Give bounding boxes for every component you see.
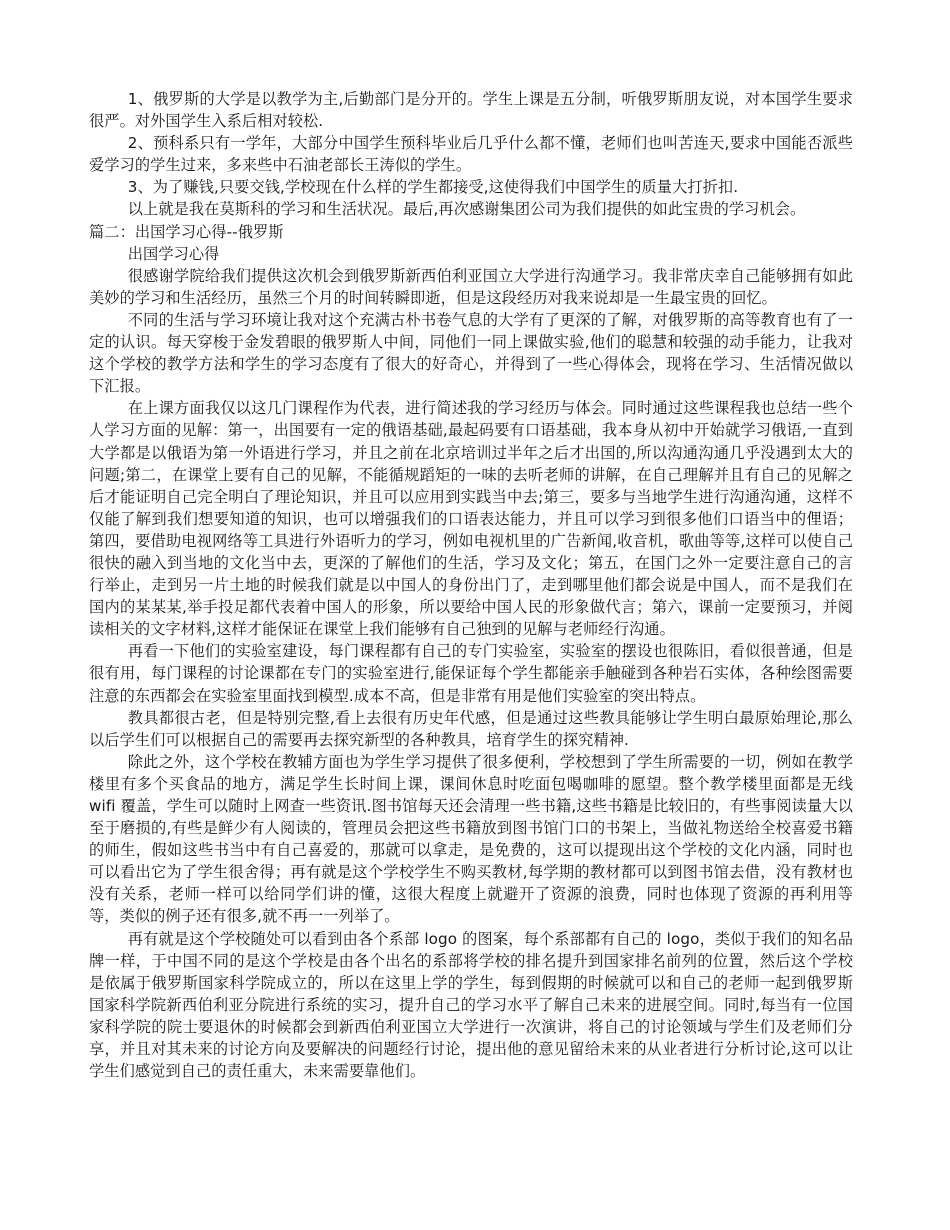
document-page: 1、俄罗斯的大学是以教学为主,后勤部门是分开的。学生上课是五分制，听俄罗斯朋友说…	[89, 88, 853, 1082]
section-subtitle: 出国学习心得	[89, 243, 853, 265]
intro-item-3: 3、为了赚钱,只要交钱,学校现在什么样的学生都接受,这使得我们中国学生的质量大打…	[89, 176, 853, 198]
closing-remark: 以上就是我在莫斯科的学习和生活状况。最后,再次感谢集团公司为我们提供的如此宝贵的…	[89, 198, 853, 220]
paragraph-teaching-aids: 教具都很古老，但是特别完整,看上去很有历史年代感，但是通过这些教具能够让学生明白…	[89, 707, 853, 751]
intro-item-1: 1、俄罗斯的大学是以教学为主,后勤部门是分开的。学生上课是五分制，听俄罗斯朋友说…	[89, 88, 853, 132]
paragraph-gratitude: 很感谢学院给我们提供这次机会到俄罗斯新西伯利亚国立大学进行沟通学习。我非常庆幸自…	[89, 265, 853, 309]
paragraph-departments: 再有就是这个学校随处可以看到由各个系部 logo 的图案，每个系部都有自己的 l…	[89, 928, 853, 1083]
section-heading: 篇二：出国学习心得--俄罗斯	[89, 221, 853, 243]
paragraph-environment: 不同的生活与学习环境让我对这个充满古朴书卷气息的大学有了更深的了解，对俄罗斯的高…	[89, 309, 853, 397]
intro-item-2: 2、预科系只有一学年，大部分中国学生预科毕业后几乎什么都不懂，老师们也叫苦连天,…	[89, 132, 853, 176]
paragraph-laboratory: 再看一下他们的实验室建设，每门课程都有自己的专门实验室，实验室的摆设也很陈旧，看…	[89, 640, 853, 706]
paragraph-study-insights: 在上课方面我仅以这几门课程作为代表，进行简述我的学习经历与体会。同时通过这些课程…	[89, 397, 853, 640]
paragraph-facilities: 除此之外，这个学校在教辅方面也为学生学习提供了很多便利，学校想到了学生所需要的一…	[89, 751, 853, 928]
